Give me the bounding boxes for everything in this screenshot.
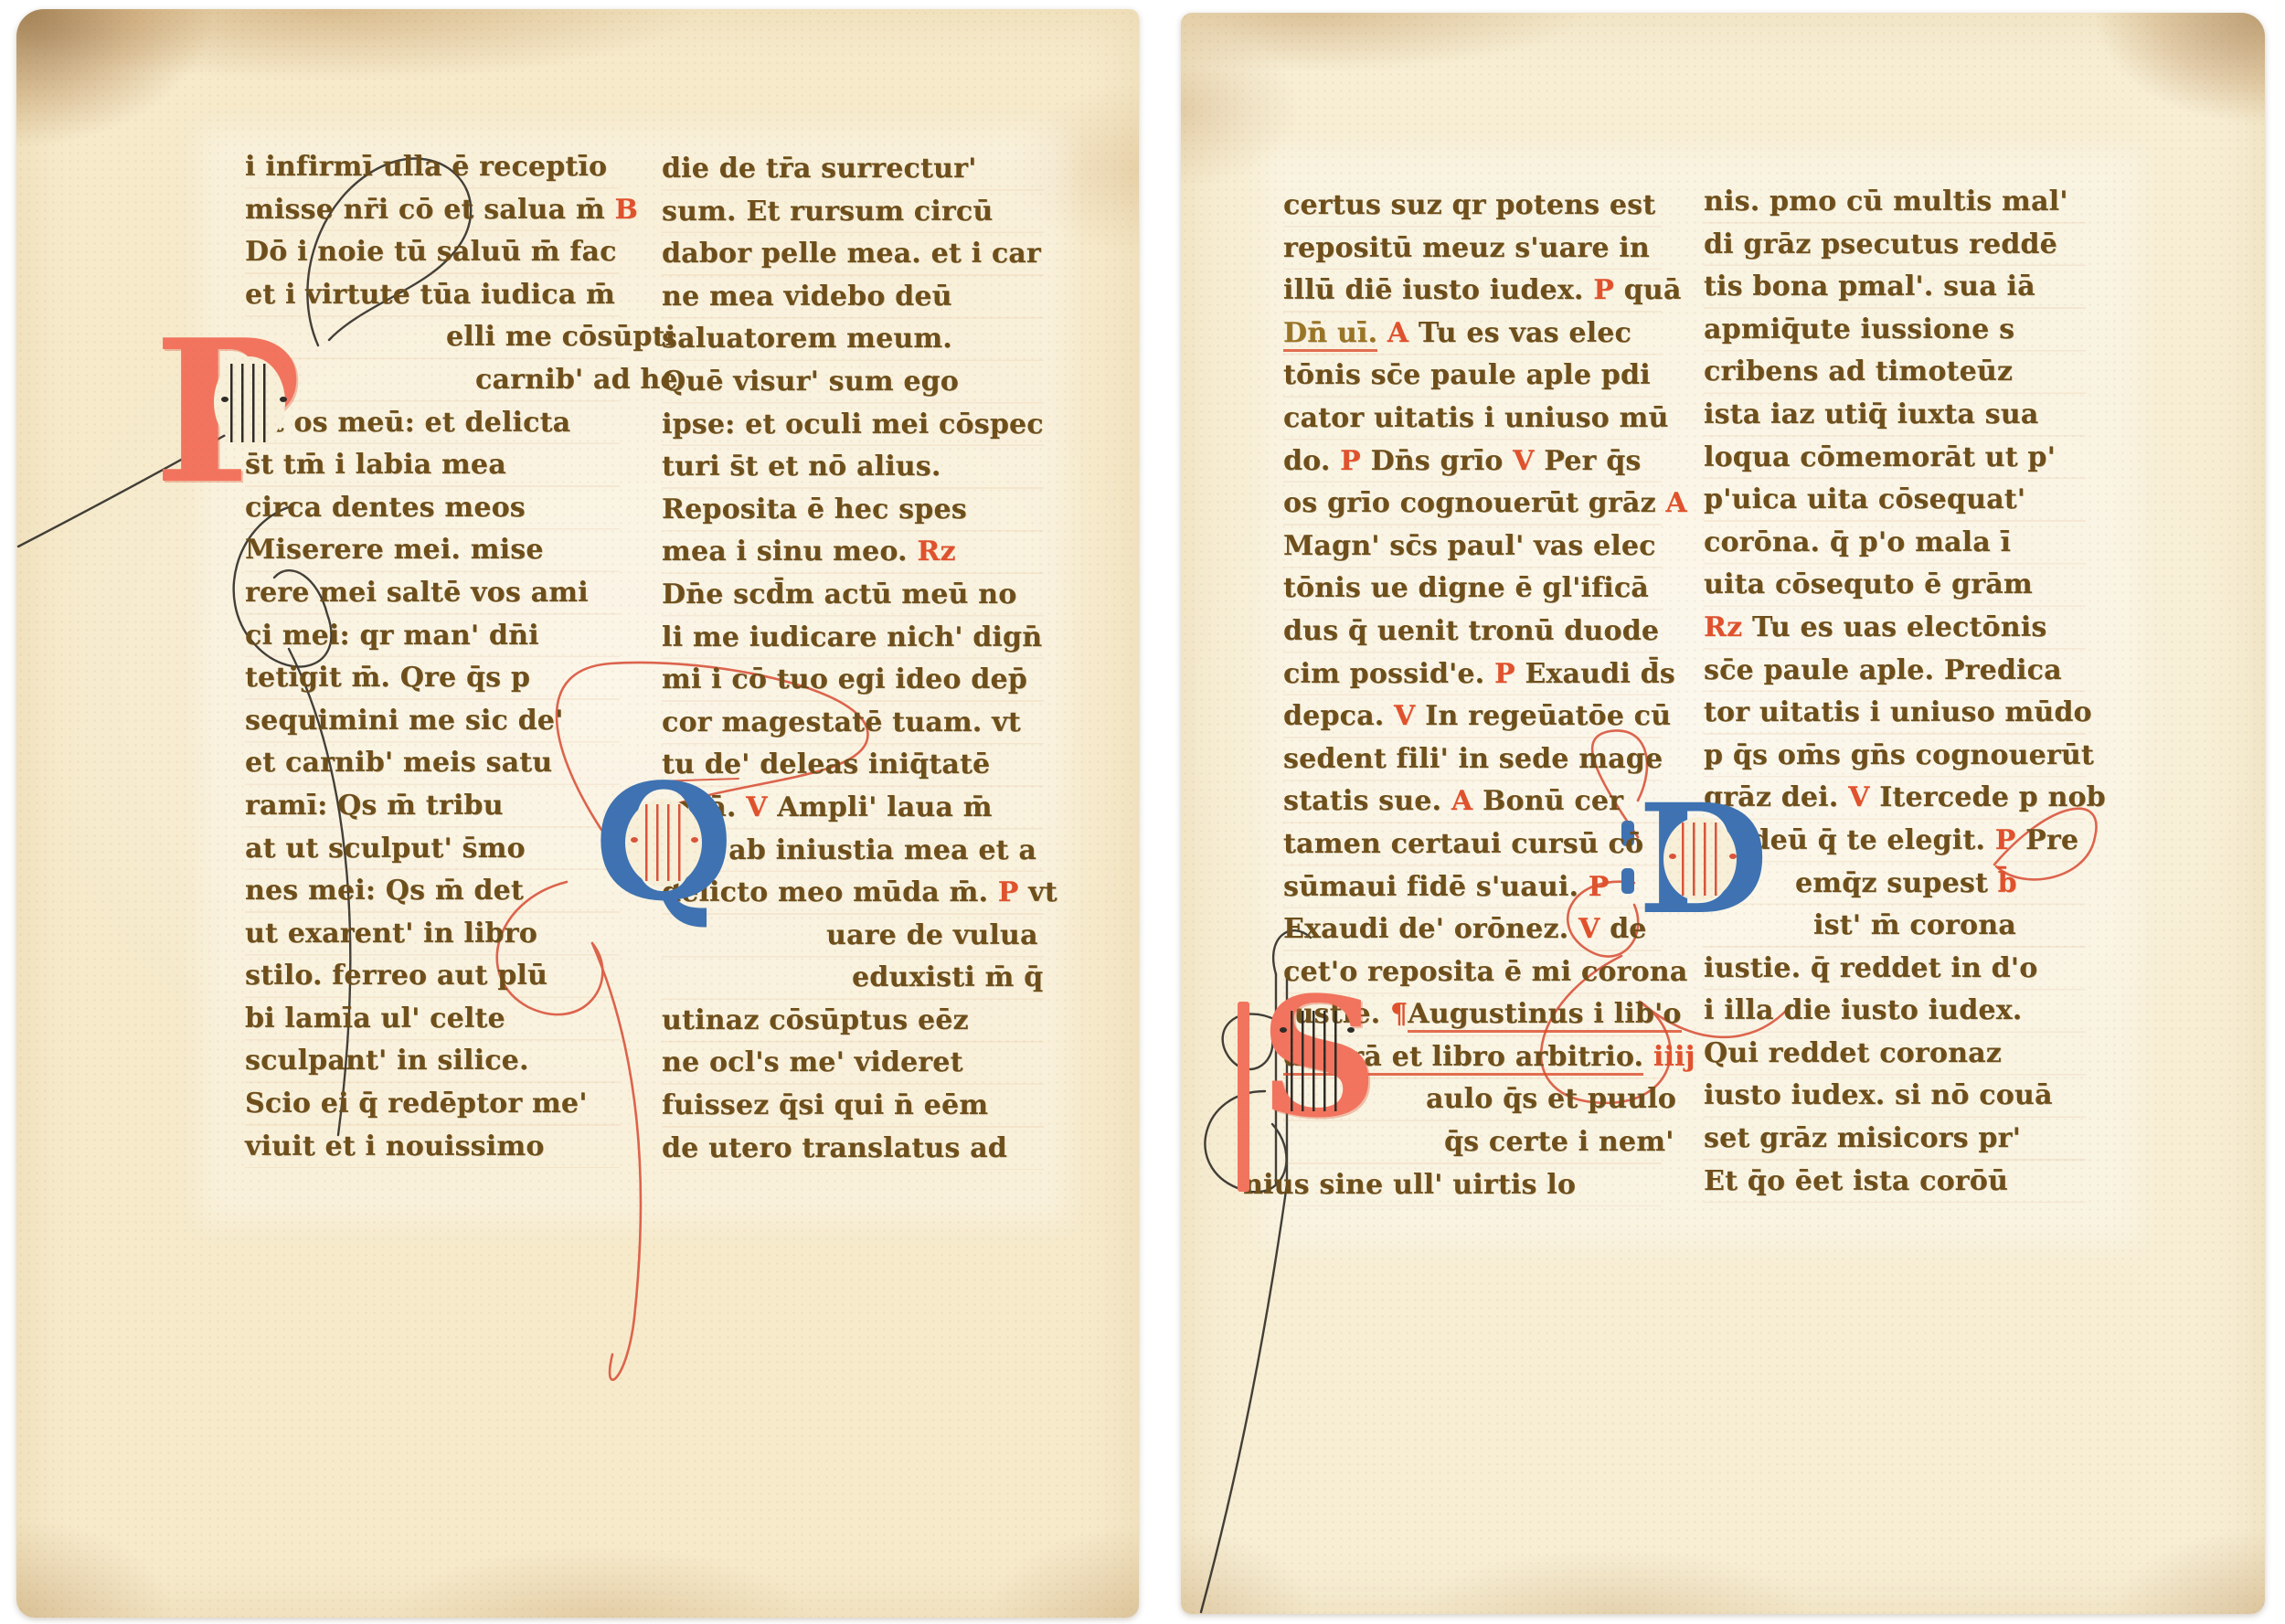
text-line: sum. Et rursum circū — [662, 191, 1044, 234]
text-line: illū diē iusto iudex. P quā — [1283, 270, 1662, 313]
text-line: Magn' sc̄s paul' vas elec — [1283, 525, 1662, 568]
text-line: die de tr̄a surrectur' — [662, 148, 1044, 191]
text-segment: dus q̄ uenit tronū duode — [1283, 615, 1659, 647]
text-line: sculpant' in silice. — [245, 1040, 620, 1083]
text-segment: p q̄s om̄s gn̄s cognouerūt — [1704, 739, 2094, 771]
text-line: cim possid'e. P Exaudi d̄s — [1283, 653, 1662, 696]
text-line: mi i cō tuo egi ideo dep̄ — [662, 659, 1044, 702]
text-segment: ist' m̄ corona — [1813, 909, 2016, 941]
text-segment: In regeūatōe cū — [1416, 700, 1672, 732]
manuscript-spread: i infirmī ulla ē receptīomisse nr̄i cō e… — [0, 0, 2285, 1624]
text-line: iustie. ¶Augustinus i lib'o — [1283, 993, 1662, 1036]
text-segment: sculpant' in silice. — [245, 1045, 529, 1077]
text-segment: bi lamīa ul' celte — [245, 1003, 505, 1035]
text-segment: et i virtute tūa iudica m̄ — [245, 279, 615, 311]
text-line: delicto meo mūda m̄. P vt — [662, 872, 1044, 915]
text-line: ista iaz utiq̄ iuxta sua — [1704, 394, 2086, 437]
text-line: stilo. ferreo aut plū — [245, 955, 620, 998]
text-line: tamen certaui cursū cō — [1283, 823, 1662, 866]
text-segment: p'uica uita cōsequat' — [1704, 483, 2025, 515]
text-line: p'uica uita cōsequat' — [1704, 479, 2086, 522]
text-segment: os grīo cognouerūt grāz — [1283, 487, 1665, 519]
text-segment: ut exarent' in libro — [245, 918, 537, 950]
text-segment: at ut sculput' s̄mo — [245, 833, 526, 865]
text-line: misse nr̄i cō et salua m̄ B — [245, 189, 620, 232]
text-line: iusto iudex. si nō couā — [1704, 1075, 2086, 1118]
text-line: s̄t tm̄ i labia mea — [245, 444, 620, 487]
text-line: at ut sculput' s̄mo — [245, 828, 620, 871]
text-segment: die de tr̄a surrectur' — [662, 153, 976, 185]
text-line: Quē visur' sum ego — [662, 361, 1044, 404]
text-line: de utero translatus ad — [662, 1128, 1044, 1171]
text-segment: P — [1995, 824, 2016, 856]
text-segment: i illa die iusto iudex. — [1704, 994, 2022, 1026]
text-segment: dabor pelle mea. et i car — [662, 238, 1041, 270]
text-segment: Exaudi de' orōnez. — [1283, 913, 1578, 945]
text-segment: Exaudi d̄s — [1515, 658, 1675, 690]
text-line: di grāz psecutus reddē — [1704, 224, 2086, 267]
text-segment: Pre — [2015, 824, 2078, 856]
text-segment: certus suz qr potens est — [1283, 189, 1655, 221]
text-segment: cator uitatis i uniuso mū — [1283, 402, 1668, 434]
text-column-left-2: die de tr̄a surrectur'sum. Et rursum cir… — [662, 148, 1044, 1170]
text-segment: emq̄z supest — [1795, 867, 1998, 899]
text-line: ne mea videbo deū — [662, 276, 1044, 319]
text-segment: P — [1494, 658, 1515, 690]
text-segment: nes mei: Qs m̄ det — [245, 875, 524, 907]
text-segment: A — [1665, 487, 1686, 519]
text-line: tor uitatis i uniuso mūdo — [1704, 692, 2086, 735]
text-segment: cribens ad timoteūz — [1704, 356, 2013, 387]
text-line: dn̄e ab iniustia mea et a — [662, 830, 1044, 873]
text-line: nis. pmo cū multis mal' — [1704, 181, 2086, 224]
text-line: tōnis ue digne ē gl'ificā — [1283, 568, 1662, 610]
text-segment: et carnib' meis satu — [245, 747, 552, 779]
text-line: cet'o reposita ē mi corona — [1283, 951, 1662, 994]
manuscript-leaf-left: i infirmī ulla ē receptīomisse nr̄i cō e… — [16, 9, 1139, 1618]
text-segment: ci mei: qr man' dn̄i — [245, 620, 539, 652]
text-column-right-1: certus suz qr potens estrepositū meuz s'… — [1283, 185, 1662, 1206]
text-line: dabor pelle mea. et i car — [662, 233, 1044, 276]
text-segment: utinaz cōsūptus eēz — [662, 1004, 969, 1036]
text-segment: Dn̄ uī. — [1283, 317, 1377, 352]
text-line: iustie. q̄ reddet in d'o — [1704, 948, 2086, 991]
text-line: Scio ei q̄ redēptor me' — [245, 1083, 620, 1126]
text-segment: mi i cō tuo egi ideo dep̄ — [662, 663, 1027, 695]
text-segment: tetigit m̄. Qre q̄s p — [245, 662, 530, 694]
text-segment: cor magestatē tuam. vt — [662, 706, 1021, 738]
text-line: sc̄e paule aple. Predica — [1704, 650, 2086, 693]
text-line: ad deū q̄ te elegit. P Pre — [1704, 820, 2086, 863]
text-line: Rz Tu es uas electōnis — [1704, 607, 2086, 650]
text-line: aulo q̄s et puulo — [1426, 1078, 1662, 1121]
text-segment: iustie. — [1283, 998, 1390, 1030]
text-segment: loqua cōmemorāt ut p' — [1704, 441, 2056, 473]
initial-S-sidebar — [1238, 1002, 1249, 1192]
text-segment: eduxisti m̄ q̄ — [852, 961, 1043, 993]
text-segment: Per q̄s — [1535, 445, 1642, 477]
text-segment: Dn̄e scd̄m actū meū no — [662, 578, 1016, 610]
text-line: turi s̄t et nō alius. — [662, 446, 1044, 489]
manuscript-leaf-right: certus suz qr potens estrepositū meuz s'… — [1181, 13, 2265, 1614]
text-line: ipse: et oculi mei cōspec — [662, 404, 1044, 447]
text-line: statis sue. A Bonū cer — [1283, 780, 1662, 823]
text-segment: uita cōsequto ē grām — [1704, 568, 2033, 600]
text-segment: rere mei saltē vos ami — [245, 577, 589, 609]
text-segment: V — [1394, 700, 1415, 732]
text-segment: depca. — [1283, 700, 1394, 732]
text-segment: P — [1589, 871, 1610, 903]
text-segment: Ampli' laua m̄ — [768, 791, 993, 823]
text-line: uare de vulua — [826, 915, 1044, 958]
text-segment: saluatorem meum. — [662, 323, 952, 355]
text-segment: ne ocl's me' videret — [662, 1046, 963, 1078]
text-segment: iustie. q̄ reddet in d'o — [1704, 952, 2037, 984]
text-segment: Rz — [917, 536, 955, 568]
text-segment: ¶ — [1390, 998, 1408, 1030]
text-segment: misse nr̄i cō et salua m̄ — [245, 194, 614, 226]
text-segment: V — [1513, 445, 1534, 477]
text-segment: de grā et libro arbitrio. — [1283, 1041, 1643, 1076]
text-segment: V — [1848, 781, 1869, 813]
text-segment: do. — [1283, 445, 1340, 477]
text-segment: quā — [1614, 274, 1681, 306]
text-segment: q̄s certe i nem' — [1444, 1126, 1674, 1158]
text-column-left-1: i infirmī ulla ē receptīomisse nr̄i cō e… — [245, 146, 620, 1168]
penwork-eye-dot — [221, 397, 228, 402]
text-line: cor magestatē tuam. vt — [662, 702, 1044, 745]
text-segment: b̄ — [1998, 867, 2017, 899]
text-line: Dn̄e scd̄m actū meū no — [662, 574, 1044, 617]
text-segment: meā. — [662, 791, 746, 823]
text-segment: Qui reddet coronaz — [1704, 1037, 2002, 1069]
text-line: loqua cōmemorāt ut p' — [1704, 437, 2086, 480]
text-line: carnib' ad he — [475, 359, 620, 402]
text-line: Miserere mei. mise — [245, 529, 620, 572]
text-line: ut exarent' in libro — [245, 913, 620, 956]
text-segment: sūmaui fidē s'uaui. — [1283, 871, 1589, 903]
text-line: Qui reddet coronaz — [1704, 1033, 2086, 1076]
text-segment: circa dentes meos — [245, 492, 526, 524]
text-segment: sc̄e paule aple. Predica — [1704, 654, 2062, 686]
text-line: cator uitatis i uniuso mū — [1283, 398, 1662, 440]
text-segment: tu de' deleas iniq̄tatē — [662, 748, 990, 780]
text-segment: delicto meo mūda m̄. — [662, 876, 998, 908]
text-segment: grāz dei. — [1704, 781, 1848, 813]
text-line: apmiq̄ute iussione s — [1704, 309, 2086, 352]
text-line: set grāz misicors pr' — [1704, 1118, 2086, 1161]
text-line: utinaz cōsūptus eēz — [662, 1000, 1044, 1043]
text-segment: Miserere mei. mise — [245, 534, 544, 566]
penwork-eye-dot — [631, 837, 638, 843]
text-segment: vt — [1019, 876, 1057, 908]
text-segment: B — [614, 194, 638, 226]
text-segment: i infirmī ulla ē receptīo — [245, 151, 607, 183]
penwork-eye-dot — [1669, 854, 1676, 859]
text-line: circa dentes meos — [245, 487, 620, 530]
text-segment: Rz — [1704, 611, 1742, 643]
text-line: dus q̄ uenit tronū duode — [1283, 610, 1662, 653]
text-segment: Dn̄s grīo — [1361, 445, 1513, 477]
text-line: nes mei: Qs m̄ det — [245, 870, 620, 913]
text-segment: Dō i noie tū saluū m̄ fac — [245, 236, 617, 268]
text-line: grāz dei. V Itercede p nob — [1704, 777, 2086, 820]
text-line: et i virtute tūa iudica m̄ — [245, 274, 620, 317]
text-line: Et q̄o ēet ista corōū — [1704, 1161, 2086, 1204]
text-line: Exaudi de' orōnez. V de — [1283, 908, 1662, 951]
text-segment: nius sine ull' uirtis lo — [1243, 1169, 1576, 1201]
text-line: repositū meuz s'uare in — [1283, 228, 1662, 271]
text-line: corōna. q̄ p'o mala ī — [1704, 522, 2086, 565]
text-segment: set grāz misicors pr' — [1704, 1122, 2021, 1154]
text-line: fuissez q̄si qui n̄ eēm — [662, 1085, 1044, 1128]
text-segment: cet'o reposita ē mi corona — [1283, 956, 1687, 988]
text-segment: repositū meuz s'uare in — [1283, 232, 1650, 264]
text-segment: nis. pmo cū multis mal' — [1704, 186, 2068, 218]
text-segment: sequimini me sic de' — [245, 705, 563, 737]
text-segment: turi s̄t et nō alius. — [662, 451, 941, 483]
text-segment: mea i sinu meo. — [662, 536, 917, 568]
text-segment: statis sue. — [1283, 785, 1451, 817]
text-segment: tis bona pmal'. sua iā — [1704, 271, 2035, 303]
text-segment: Bonū cer — [1472, 785, 1623, 817]
text-line: eduxisti m̄ q̄ — [852, 957, 1044, 1000]
text-segment: P — [998, 876, 1019, 908]
text-line: sit os meū: et delicta — [245, 402, 620, 445]
text-line: cribens ad timoteūz — [1704, 351, 2086, 394]
text-segment: V — [1578, 913, 1599, 945]
text-segment: Reposita ē hec spes — [662, 494, 967, 525]
text-segment: ista iaz utiq̄ iuxta sua — [1704, 398, 2038, 430]
text-segment: stilo. ferreo aut plū — [245, 960, 547, 992]
text-line: sedent fili' in sede mage — [1283, 738, 1662, 781]
text-line: tu de' deleas iniq̄tatē — [662, 744, 1044, 787]
text-segment: tor uitatis i uniuso mūdo — [1704, 696, 2092, 728]
text-line: li me iudicare nich' dign̄ — [662, 617, 1044, 660]
text-line: q̄s certe i nem' — [1444, 1121, 1662, 1164]
text-segment: sum. Et rursum circū — [662, 196, 993, 228]
text-line: meā. V Ampli' laua m̄ — [662, 787, 1044, 830]
text-segment: P — [1340, 445, 1361, 477]
text-segment: A — [1377, 317, 1419, 349]
text-segment: Et q̄o ēet ista corōū — [1704, 1165, 2008, 1197]
text-line: ramī: Qs m̄ tribu — [245, 785, 620, 828]
text-segment: di grāz psecutus reddē — [1704, 228, 2057, 260]
text-line: saluatorem meum. — [662, 318, 1044, 361]
text-segment: tamen certaui cursū cō — [1283, 828, 1643, 860]
text-segment: apmiq̄ute iussione s — [1704, 313, 2014, 345]
text-line: Dō i noie tū saluū m̄ fac — [245, 231, 620, 274]
text-segment: iusto iudex. si nō couā — [1704, 1079, 2053, 1111]
text-line: bi lamīa ul' celte — [245, 998, 620, 1041]
text-line: tis bona pmal'. sua iā — [1704, 266, 2086, 309]
text-segment: sit os meū: et delicta — [245, 407, 570, 439]
text-line: de grā et libro arbitrio. iiij — [1283, 1036, 1662, 1079]
text-line: sequimini me sic de' — [245, 700, 620, 743]
text-segment: Itercede p nob — [1870, 781, 2106, 813]
text-segment: corōna. q̄ p'o mala ī — [1704, 526, 2011, 558]
text-segment: V — [746, 791, 767, 823]
text-line: tetigit m̄. Qre q̄s p — [245, 657, 620, 700]
text-segment: de utero translatus ad — [662, 1132, 1007, 1164]
text-segment: tōnis sc̄e paule aple pdi — [1283, 359, 1651, 391]
text-line: ne ocl's me' videret — [662, 1042, 1044, 1085]
text-line: depca. V In regeūatōe cū — [1283, 695, 1662, 738]
text-segment: sedent fili' in sede mage — [1283, 743, 1663, 775]
text-line: et carnib' meis satu — [245, 742, 620, 785]
text-line: p q̄s om̄s gn̄s cognouerūt — [1704, 735, 2086, 778]
text-line: ci mei: qr man' dn̄i — [245, 615, 620, 658]
text-segment: li me iudicare nich' dign̄ — [662, 621, 1042, 653]
text-line: Reposita ē hec spes — [662, 489, 1044, 532]
text-line: sūmaui fidē s'uaui. P — [1283, 866, 1662, 909]
text-segment: Quē visur' sum ego — [662, 366, 959, 398]
text-segment: tōnis ue digne ē gl'ificā — [1283, 572, 1649, 604]
text-segment: ad deū q̄ te elegit. — [1704, 824, 1995, 856]
text-line: ist' m̄ corona — [1813, 905, 2086, 948]
text-segment: Tu es vas elec — [1419, 317, 1631, 349]
text-segment: ipse: et oculi mei cōspec — [662, 409, 1044, 440]
text-segment: uare de vulua — [826, 919, 1038, 951]
text-line: nius sine ull' uirtis lo — [1243, 1164, 1662, 1207]
text-segment: fuissez q̄si qui n̄ eēm — [662, 1089, 988, 1121]
text-segment: A — [1451, 785, 1472, 817]
text-segment: de — [1599, 913, 1646, 945]
text-segment: Magn' sc̄s paul' vas elec — [1283, 530, 1656, 562]
text-segment: viuit et i nouissimo — [245, 1130, 545, 1162]
text-segment: elli me cōsūpti — [446, 321, 675, 353]
text-segment: Scio ei q̄ redēptor me' — [245, 1088, 588, 1120]
text-segment: carnib' ad he — [475, 364, 678, 396]
text-segment: s̄t tm̄ i labia mea — [245, 449, 506, 481]
text-line: do. P Dn̄s grīo V Per q̄s — [1283, 440, 1662, 483]
text-line: os grīo cognouerūt grāz A — [1283, 483, 1662, 525]
text-segment: aulo q̄s et puulo — [1426, 1083, 1676, 1115]
text-line: certus suz qr potens est — [1283, 185, 1662, 228]
text-line: emq̄z supest b̄ — [1795, 863, 2086, 906]
text-segment: iiij — [1643, 1041, 1695, 1073]
text-segment: P — [1593, 274, 1614, 306]
text-segment: Augustinus i lib'o — [1408, 998, 1681, 1033]
text-line: Dn̄ uī. A Tu es vas elec — [1283, 313, 1662, 356]
text-segment: illū diē iusto iudex. — [1283, 274, 1593, 306]
text-segment: ne mea videbo deū — [662, 281, 952, 313]
text-line: i illa die iusto iudex. — [1704, 990, 2086, 1033]
text-line: uita cōsequto ē grām — [1704, 564, 2086, 607]
text-segment: ramī: Qs m̄ tribu — [245, 790, 504, 822]
text-segment: dn̄e ab iniustia mea et a — [662, 834, 1036, 866]
text-segment: Tu es uas electōnis — [1742, 611, 2046, 643]
text-segment: cim possid'e. — [1283, 658, 1494, 690]
text-line: mea i sinu meo. Rz — [662, 531, 1044, 574]
text-line: elli me cōsūpti — [446, 316, 620, 359]
text-line: rere mei saltē vos ami — [245, 572, 620, 615]
text-line: viuit et i nouissimo — [245, 1126, 620, 1169]
text-line: i infirmī ulla ē receptīo — [245, 146, 620, 189]
text-line: tōnis sc̄e paule aple pdi — [1283, 355, 1662, 398]
text-column-right-2: nis. pmo cū multis mal'di grāz psecutus … — [1704, 181, 2086, 1203]
